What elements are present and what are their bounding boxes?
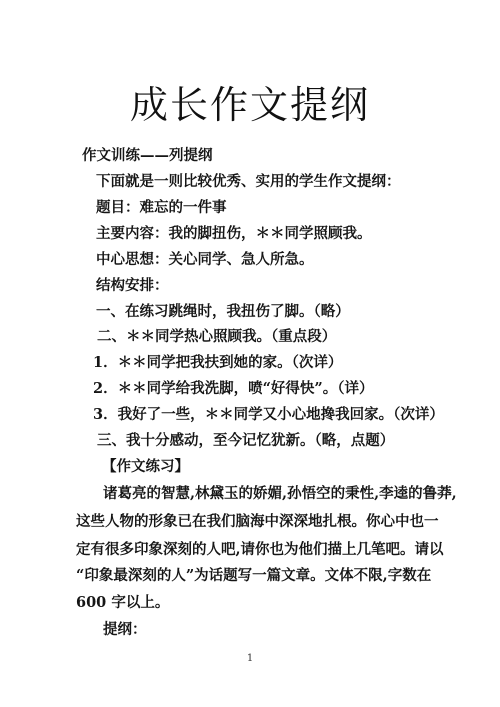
structure-item-3: 三、我十分感动，至今记忆犹新。（略，点题） [97, 431, 394, 451]
structure-item-2: 二、＊＊同学热心照顾我。（重点段） [97, 327, 336, 347]
topic-line: 题目：难忘的一件事 [96, 198, 227, 218]
page-number: 1 [0, 653, 500, 665]
main-content-line: 主要内容：我的脚扭伤，＊＊同学照顾我。 [96, 224, 372, 244]
structure-subitem-2: 2．＊＊同学给我洗脚，喷“好得快”。（详） [93, 379, 374, 399]
exercise-heading: 【作文练习】 [102, 457, 189, 477]
structure-heading: 结构安排： [96, 276, 169, 296]
exercise-paragraph-line-4: “印象最深刻的人”为话题写一篇文章。文体不限,字数在 [76, 566, 431, 586]
structure-subitem-1: 1．＊＊同学把我扶到她的家。（次详） [93, 353, 342, 373]
central-idea-line: 中心思想：关心同学、急人所急。 [96, 250, 314, 270]
subtitle: 作文训练——列提纲 [82, 146, 213, 166]
intro-text: 下面就是一则比较优秀、实用的学生作文提纲： [96, 172, 401, 192]
exercise-paragraph-line-1: 诸葛亮的智慧,林黛玉的娇媚,孙悟空的秉性,李逵的鲁莽, [103, 484, 457, 504]
document-page: 成长作文提纲 作文训练——列提纲 下面就是一则比较优秀、实用的学生作文提纲： 题… [0, 0, 500, 707]
outline-label: 提纲： [103, 620, 147, 640]
structure-subitem-3: 3．我好了一些，＊＊同学又小心地搀我回家。（次详） [93, 405, 444, 425]
exercise-paragraph-line-2: 这些人物的形象已在我们脑海中深深地扎根。你心中也一 [76, 512, 439, 532]
structure-item-1: 一、在练习跳绳时，我扭伤了脚。（略） [96, 302, 350, 322]
document-title: 成长作文提纲 [0, 82, 500, 128]
exercise-paragraph-line-5: 600 字以上。 [76, 593, 169, 613]
exercise-paragraph-line-3: 定有很多印象深刻的人吧,请你也为他们描上几笔吧。请以 [76, 540, 444, 560]
